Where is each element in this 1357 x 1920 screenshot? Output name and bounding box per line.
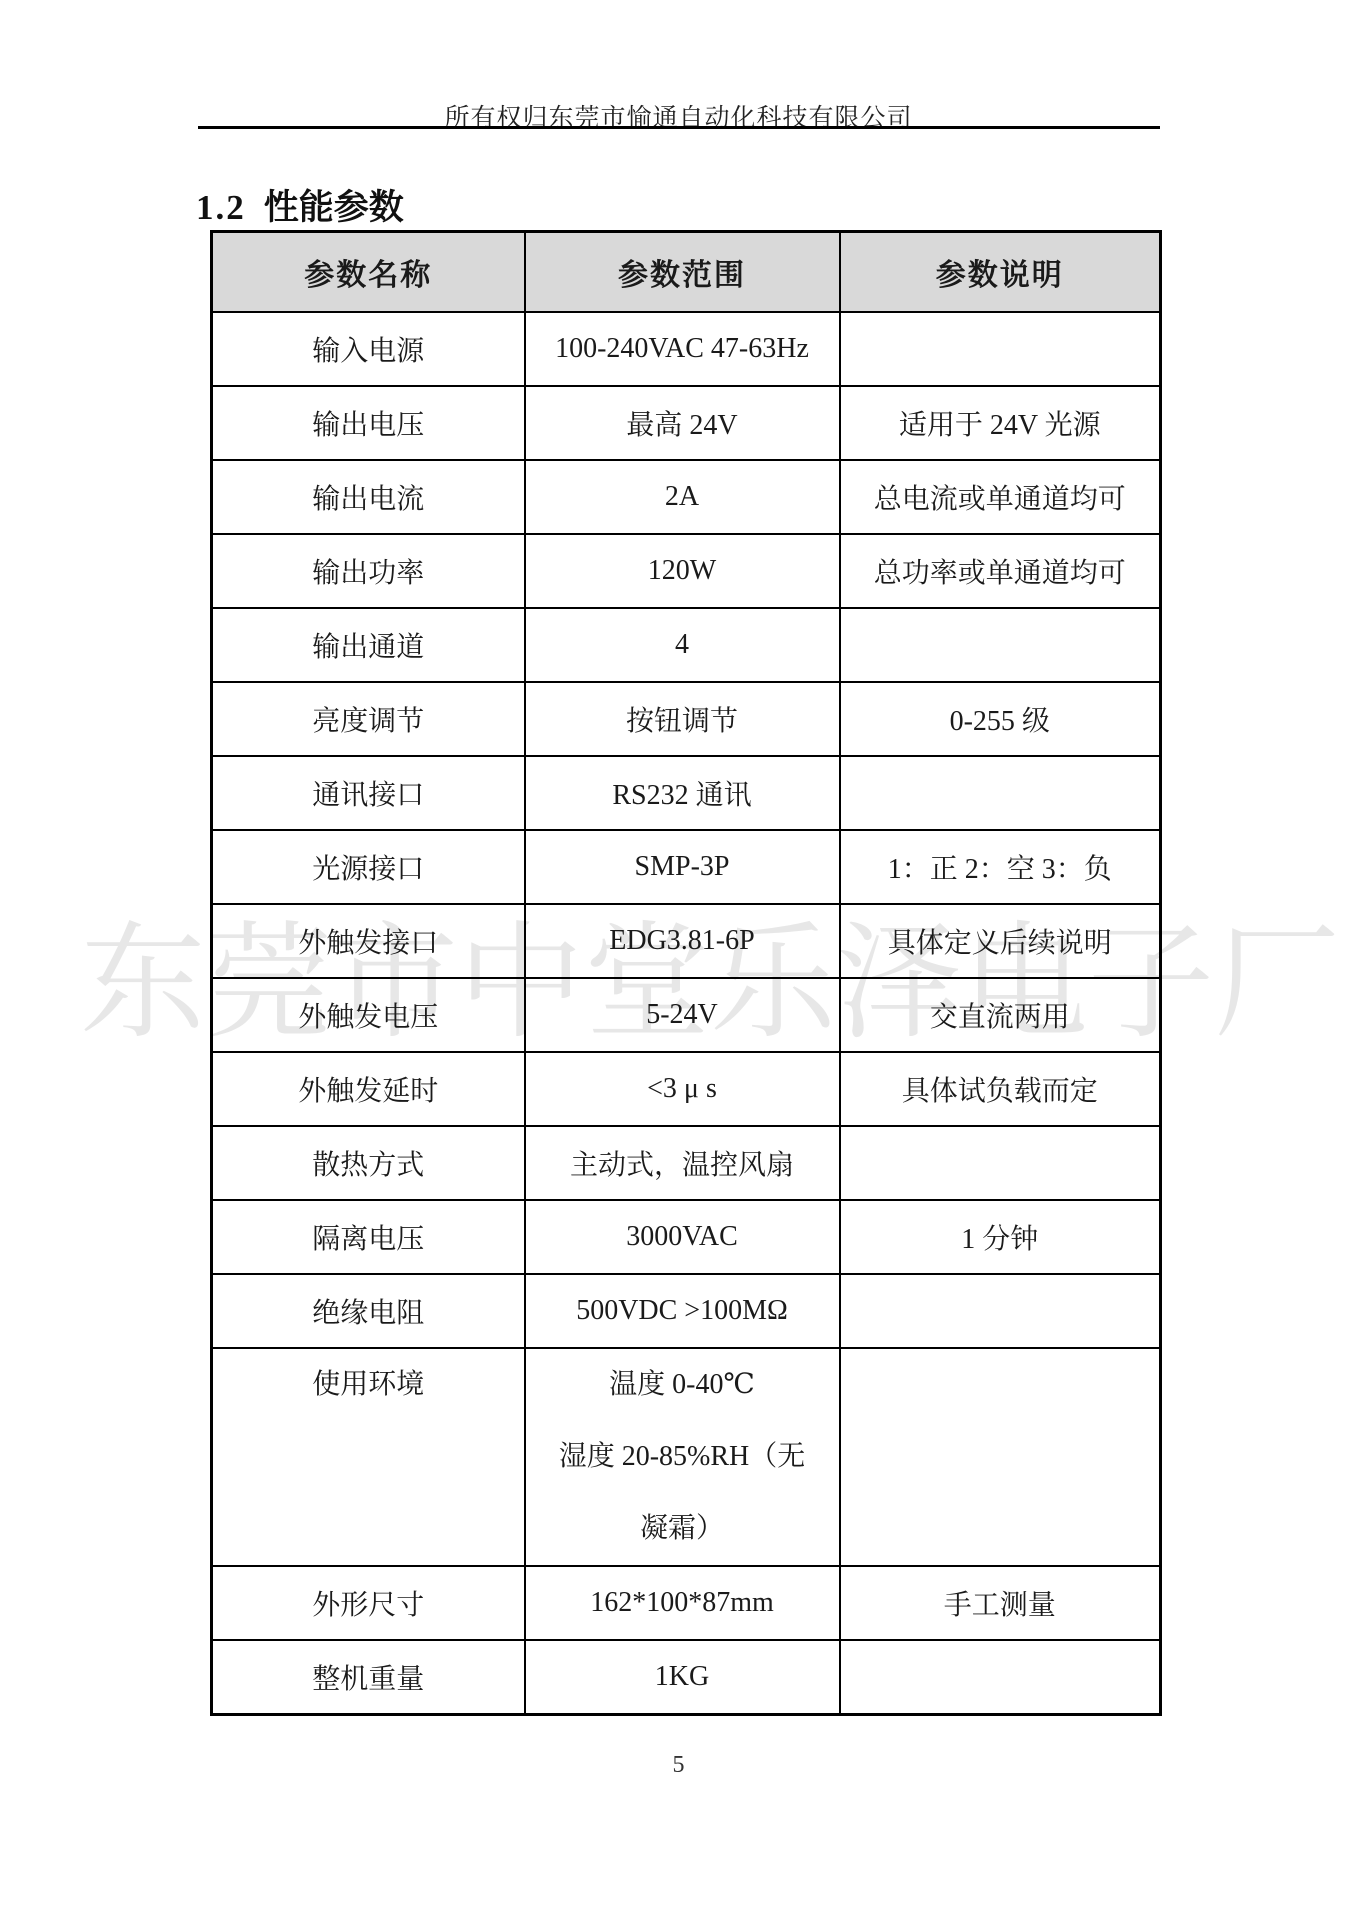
param-name-cell: 通讯接口 — [212, 756, 525, 830]
column-header-1: 参数范围 — [525, 232, 840, 313]
param-note-cell — [840, 1640, 1161, 1715]
param-note-cell — [840, 608, 1161, 682]
param-name-cell: 外形尺寸 — [212, 1566, 525, 1640]
param-note-cell: 具体试负载而定 — [840, 1052, 1161, 1126]
param-note-cell — [840, 312, 1161, 386]
spec-table: 参数名称参数范围参数说明 输入电源100-240VAC 47-63Hz输出电压最… — [210, 230, 1162, 1716]
param-name-cell: 外触发延时 — [212, 1052, 525, 1126]
header-divider-line — [198, 126, 1160, 129]
param-range-cell: 3000VAC — [525, 1200, 840, 1274]
table-row: 隔离电压3000VAC1 分钟 — [212, 1200, 1161, 1274]
param-name-cell: 输出通道 — [212, 608, 525, 682]
param-name-cell: 绝缘电阻 — [212, 1274, 525, 1348]
param-note-cell: 0-255 级 — [840, 682, 1161, 756]
table-header-row: 参数名称参数范围参数说明 — [212, 232, 1161, 313]
param-name-cell: 外触发电压 — [212, 978, 525, 1052]
param-note-cell: 1 分钟 — [840, 1200, 1161, 1274]
param-range-cell: 100-240VAC 47-63Hz — [525, 312, 840, 386]
table-row: 整机重量1KG — [212, 1640, 1161, 1715]
param-note-cell: 具体定义后续说明 — [840, 904, 1161, 978]
section-title: 性能参数 — [264, 188, 404, 227]
param-range-cell: 5-24V — [525, 978, 840, 1052]
param-note-cell: 1：正 2：空 3：负 — [840, 830, 1161, 904]
table-row: 绝缘电阻500VDC >100MΩ — [212, 1274, 1161, 1348]
table-row: 使用环境温度 0-40℃湿度 20-85%RH（无凝霜） — [212, 1348, 1161, 1566]
table-row: 外触发接口EDG3.81-6P具体定义后续说明 — [212, 904, 1161, 978]
param-note-cell: 交直流两用 — [840, 978, 1161, 1052]
param-range-cell: 500VDC >100MΩ — [525, 1274, 840, 1348]
param-range-cell: 2A — [525, 460, 840, 534]
param-note-cell — [840, 1126, 1161, 1200]
param-range-cell: RS232 通讯 — [525, 756, 840, 830]
param-note-cell: 总功率或单通道均可 — [840, 534, 1161, 608]
table-row: 光源接口SMP-3P1：正 2：空 3：负 — [212, 830, 1161, 904]
param-name-cell: 输出电流 — [212, 460, 525, 534]
param-name-cell: 输出电压 — [212, 386, 525, 460]
param-name-cell: 输出功率 — [212, 534, 525, 608]
table-row: 输入电源100-240VAC 47-63Hz — [212, 312, 1161, 386]
param-range-cell: <3 μ s — [525, 1052, 840, 1126]
param-name-cell: 整机重量 — [212, 1640, 525, 1715]
param-range-line: 凝霜） — [526, 1493, 839, 1565]
param-name-cell: 输入电源 — [212, 312, 525, 386]
table-row: 输出通道4 — [212, 608, 1161, 682]
param-name-cell: 隔离电压 — [212, 1200, 525, 1274]
page-number: 5 — [0, 1752, 1357, 1779]
column-header-2: 参数说明 — [840, 232, 1161, 313]
table-row: 输出电压最高 24V适用于 24V 光源 — [212, 386, 1161, 460]
table-row: 亮度调节按钮调节0-255 级 — [212, 682, 1161, 756]
param-range-line: 湿度 20-85%RH（无 — [526, 1421, 839, 1493]
param-note-cell — [840, 756, 1161, 830]
column-header-0: 参数名称 — [212, 232, 525, 313]
table-row: 散热方式主动式，温控风扇 — [212, 1126, 1161, 1200]
param-range-cell: 最高 24V — [525, 386, 840, 460]
param-range-cell: EDG3.81-6P — [525, 904, 840, 978]
param-range-cell: 主动式，温控风扇 — [525, 1126, 840, 1200]
document-page: 所有权归东莞市愉通自动化科技有限公司 1.2性能参数 东莞市中堂乐泽电子厂 参数… — [0, 0, 1357, 1920]
spec-table-header: 参数名称参数范围参数说明 — [212, 232, 1161, 313]
param-range-cell: 120W — [525, 534, 840, 608]
param-name-cell: 亮度调节 — [212, 682, 525, 756]
param-note-cell — [840, 1274, 1161, 1348]
param-range-cell: SMP-3P — [525, 830, 840, 904]
table-row: 输出功率120W总功率或单通道均可 — [212, 534, 1161, 608]
param-name-cell: 外触发接口 — [212, 904, 525, 978]
param-note-cell: 适用于 24V 光源 — [840, 386, 1161, 460]
param-range-cell: 1KG — [525, 1640, 840, 1715]
param-range-cell: 4 — [525, 608, 840, 682]
table-row: 通讯接口RS232 通讯 — [212, 756, 1161, 830]
param-range-line: 温度 0-40℃ — [526, 1349, 839, 1421]
table-row: 输出电流2A总电流或单通道均可 — [212, 460, 1161, 534]
param-name-cell: 光源接口 — [212, 830, 525, 904]
param-note-cell: 总电流或单通道均可 — [840, 460, 1161, 534]
param-range-cell: 162*100*87mm — [525, 1566, 840, 1640]
param-name-cell: 使用环境 — [212, 1348, 525, 1566]
param-range-cell: 按钮调节 — [525, 682, 840, 756]
param-range-cell: 温度 0-40℃湿度 20-85%RH（无凝霜） — [525, 1348, 840, 1566]
section-heading: 1.2性能参数 — [196, 180, 404, 230]
param-note-cell — [840, 1348, 1161, 1566]
table-row: 外触发延时<3 μ s具体试负载而定 — [212, 1052, 1161, 1126]
section-number: 1.2 — [196, 188, 246, 227]
param-note-cell: 手工测量 — [840, 1566, 1161, 1640]
spec-table-body: 输入电源100-240VAC 47-63Hz输出电压最高 24V适用于 24V … — [212, 312, 1161, 1715]
table-row: 外触发电压5-24V交直流两用 — [212, 978, 1161, 1052]
table-row: 外形尺寸162*100*87mm手工测量 — [212, 1566, 1161, 1640]
param-name-cell: 散热方式 — [212, 1126, 525, 1200]
